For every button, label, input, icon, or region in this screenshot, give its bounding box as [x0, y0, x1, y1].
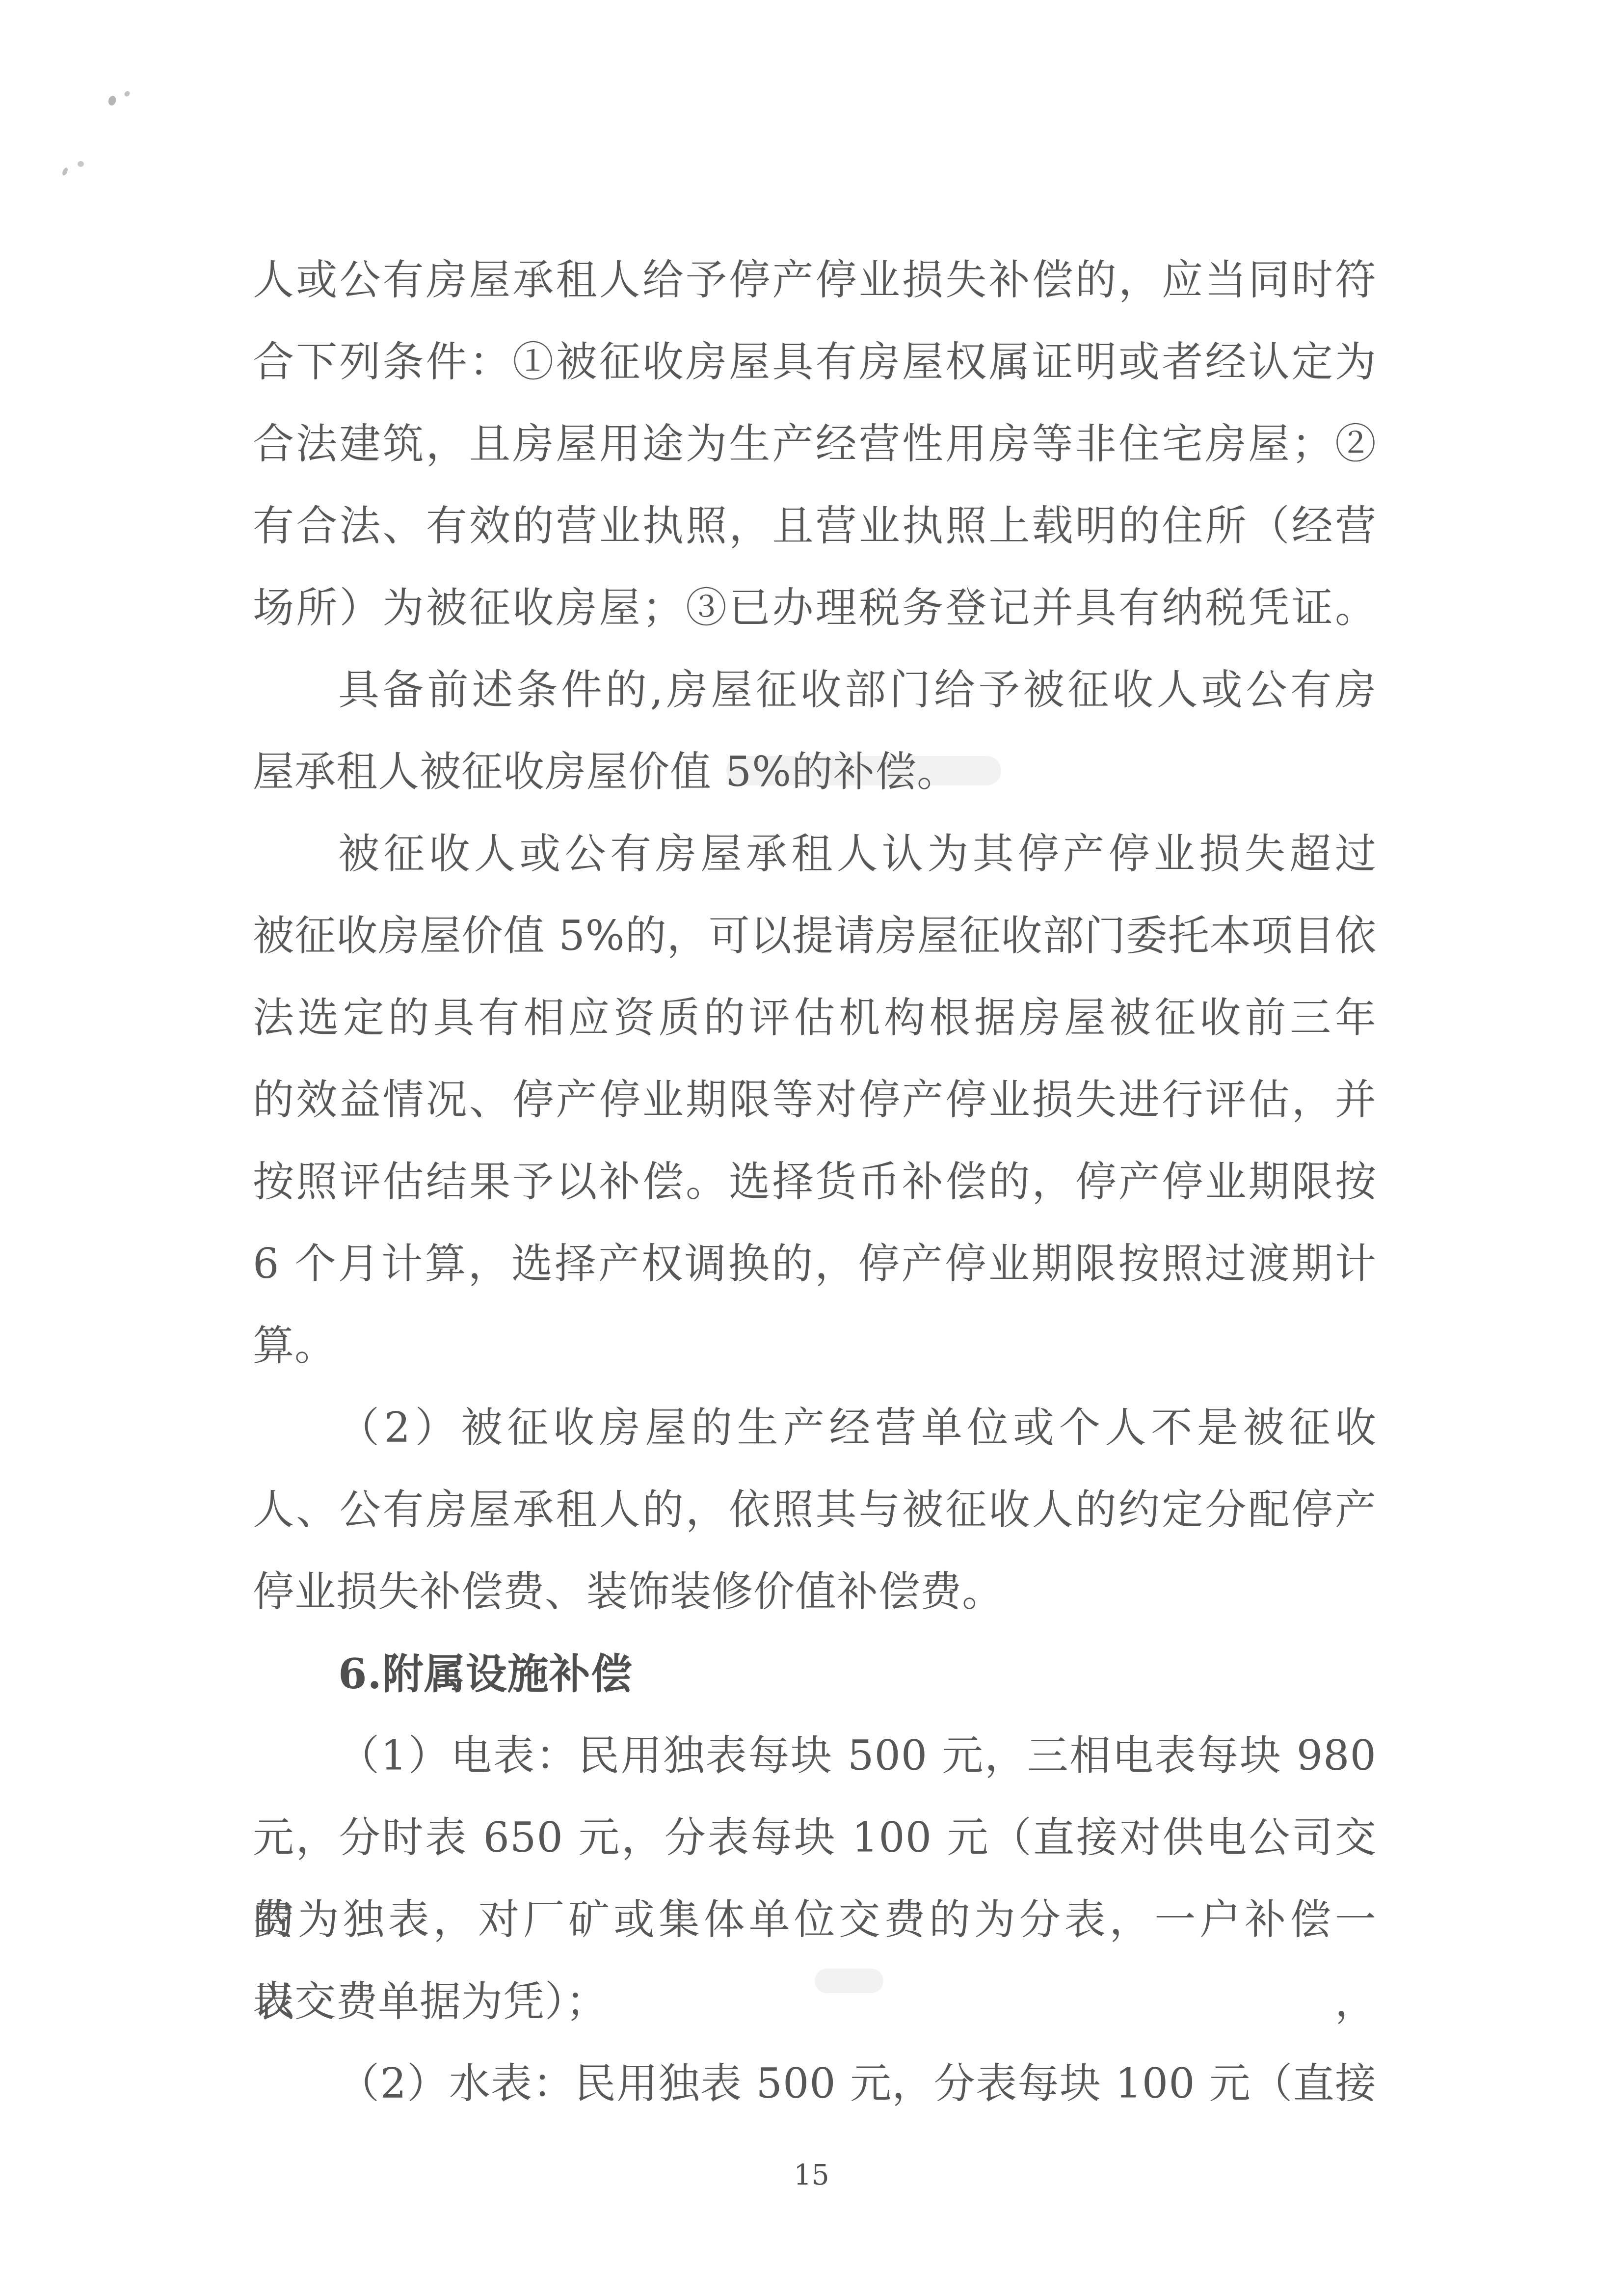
text-line: 合法建筑，且房屋用途为生产经营性用房等非住宅房屋；②	[253, 403, 1377, 485]
text-line: 元，分时表 650 元，分表每块 100 元（直接对供电公司交费	[253, 1797, 1377, 1879]
text-line: 的为独表，对厂矿或集体单位交费的为分表，一户补偿一表，	[253, 1879, 1377, 1961]
text-line: 算。	[253, 1305, 1377, 1387]
page-number: 15	[0, 2159, 1623, 2191]
document-text-block: 人或公有房屋承租人给予停产停业损失补偿的，应当同时符合下列条件：①被征收房屋具有…	[253, 239, 1377, 2125]
text-line: 人或公有房屋承租人给予停产停业损失补偿的，应当同时符	[253, 239, 1377, 321]
text-line: （2）水表：民用独表 500 元，分表每块 100 元（直接	[253, 2043, 1377, 2125]
scan-speck	[107, 95, 117, 106]
scan-speck	[78, 161, 84, 167]
text-line: 法选定的具有相应资质的评估机构根据房屋被征收前三年	[253, 977, 1377, 1059]
text-line: （2）被征收房屋的生产经营单位或个人不是被征收	[253, 1387, 1377, 1469]
text-line: （1）电表：民用独表每块 500 元，三相电表每块 980	[253, 1715, 1377, 1797]
scan-speck	[61, 167, 69, 176]
text-line: 被征收人或公有房屋承租人认为其停产停业损失超过	[253, 813, 1377, 895]
text-line: 场所）为被征收房屋；③已办理税务登记并具有纳税凭证。	[253, 567, 1377, 649]
text-line: 6 个月计算，选择产权调换的，停产停业期限按照过渡期计	[253, 1223, 1377, 1305]
scanned-document-page: 人或公有房屋承租人给予停产停业损失补偿的，应当同时符合下列条件：①被征收房屋具有…	[0, 0, 1623, 2296]
text-line: 人、公有房屋承租人的，依照其与被征收人的约定分配停产	[253, 1469, 1377, 1551]
text-line: 的效益情况、停产停业期限等对停产停业损失进行评估，并	[253, 1059, 1377, 1141]
text-line: 按照评估结果予以补偿。选择货币补偿的，停产停业期限按	[253, 1141, 1377, 1223]
text-line: 屋承租人被征收房屋价值 5%的补偿。	[253, 731, 1377, 813]
text-line: 合下列条件：①被征收房屋具有房屋权属证明或者经认定为	[253, 321, 1377, 403]
text-line: 有合法、有效的营业执照，且营业执照上载明的住所（经营	[253, 485, 1377, 567]
text-line: 停业损失补偿费、装饰装修价值补偿费。	[253, 1551, 1377, 1633]
scan-speck	[123, 90, 131, 98]
text-line: 具备前述条件的,房屋征收部门给予被征收人或公有房	[253, 649, 1377, 731]
text-line: 被征收房屋价值 5%的，可以提请房屋征收部门委托本项目依	[253, 895, 1377, 977]
section-heading: 6.附属设施补偿	[253, 1633, 1377, 1715]
